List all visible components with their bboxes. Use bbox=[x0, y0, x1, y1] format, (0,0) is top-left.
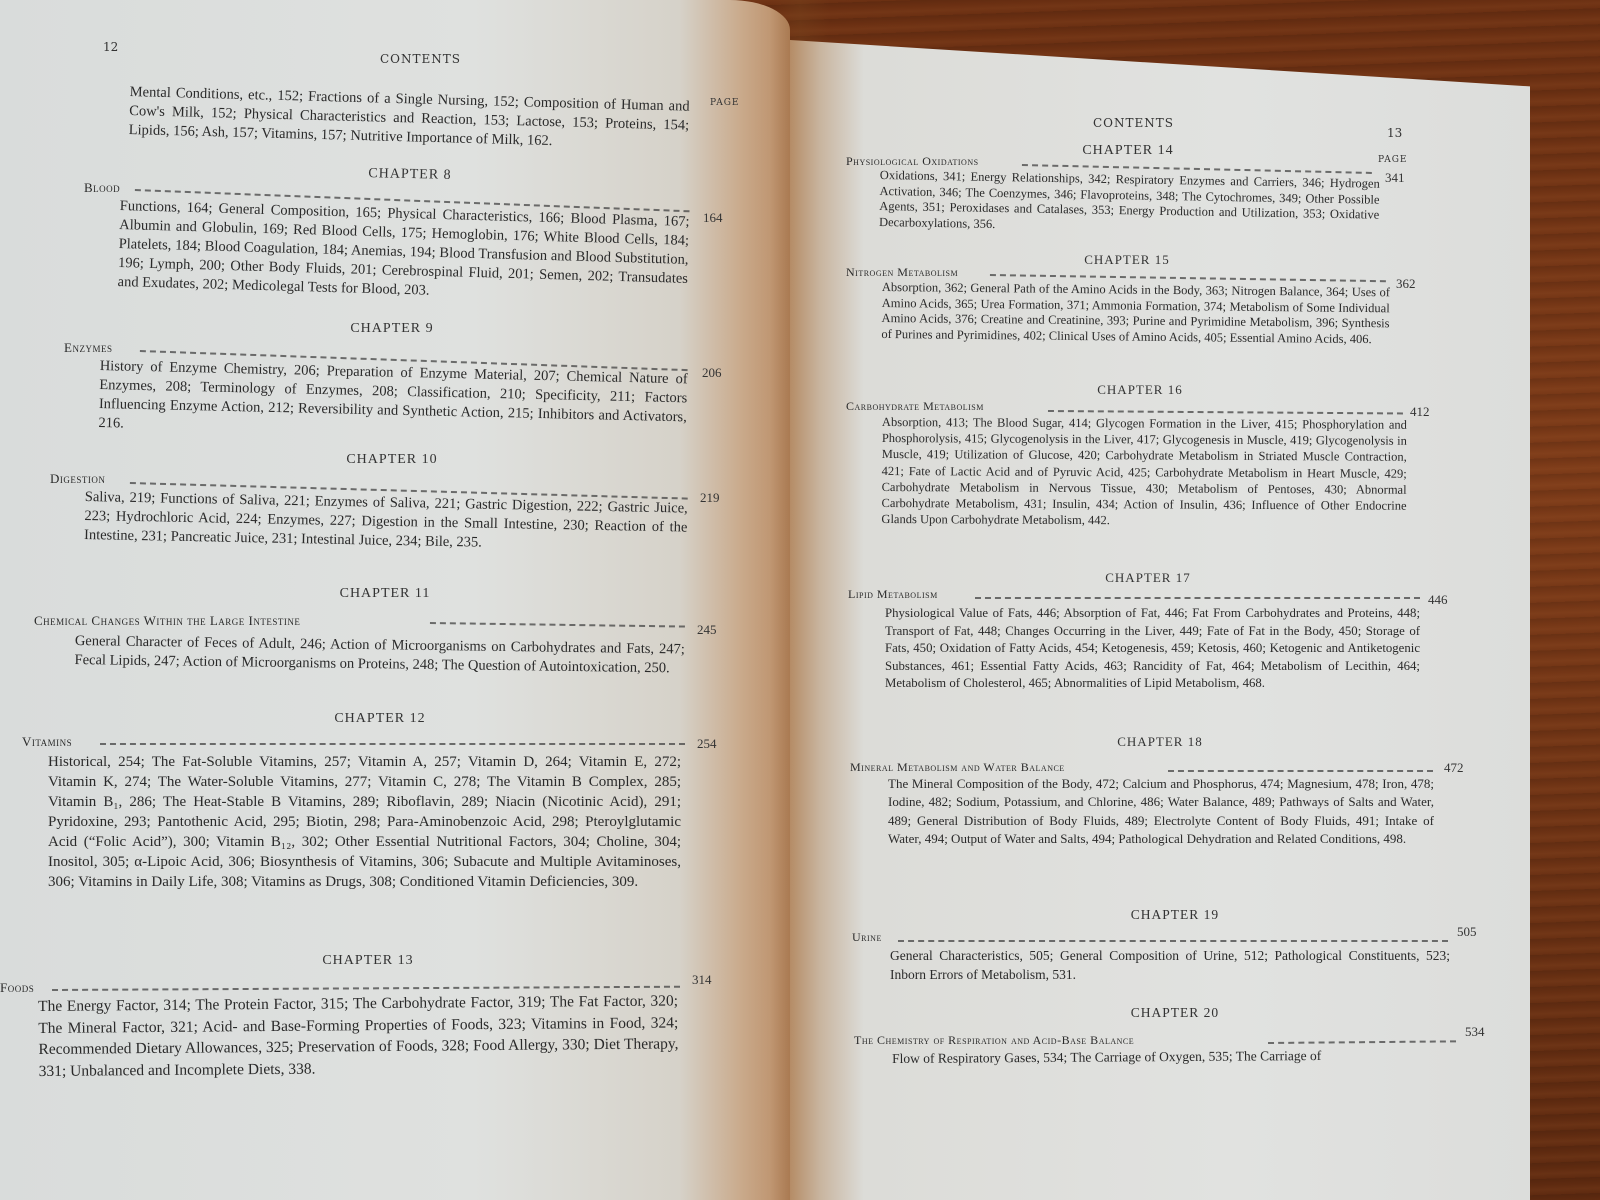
chapter-heading: CHAPTER 17 bbox=[1048, 570, 1248, 586]
chapter-page: 412 bbox=[1410, 404, 1430, 420]
chapter-page: 534 bbox=[1465, 1024, 1485, 1040]
chapter-heading: CHAPTER 19 bbox=[1075, 907, 1275, 923]
dot-leader bbox=[430, 620, 685, 628]
left-running-head: CONTENTS bbox=[380, 52, 461, 66]
chapter-page: 505 bbox=[1457, 924, 1477, 940]
chapter-title: Carbohydrate Metabolism bbox=[846, 399, 984, 414]
right-page-label: PAGE bbox=[1378, 155, 1408, 165]
left-page-number: 12 bbox=[103, 40, 118, 54]
dot-leader bbox=[975, 595, 1420, 599]
right-page: CONTENTS 13 PAGE CHAPTER 14 Physiologica… bbox=[790, 40, 1530, 1200]
dot-leader bbox=[990, 272, 1386, 282]
chapter-page: 472 bbox=[1444, 760, 1464, 776]
chapter-page: 164 bbox=[703, 210, 723, 226]
chapter-topics: Functions, 164; General Composition, 165… bbox=[117, 197, 689, 308]
left-page: 12 CONTENTS PAGE Mental Conditions, etc.… bbox=[0, 0, 790, 1200]
chapter-title: Physiological Oxidations bbox=[846, 154, 979, 169]
chapter-page: 362 bbox=[1396, 276, 1416, 292]
chapter-topics: Flow of Respiratory Gases, 534; The Carr… bbox=[892, 1045, 1492, 1068]
chapter-topics: Saliva, 219; Functions of Saliva, 221; E… bbox=[84, 488, 688, 557]
chapter-heading: CHAPTER 9 bbox=[292, 321, 492, 337]
chapter-page: 314 bbox=[692, 972, 712, 988]
chapter-heading: CHAPTER 18 bbox=[1060, 734, 1260, 750]
chapter-title: Foods bbox=[0, 980, 34, 996]
chapter-page: 341 bbox=[1385, 170, 1405, 186]
chapter-page: 254 bbox=[697, 736, 717, 752]
chapter-heading: CHAPTER 10 bbox=[292, 452, 492, 468]
dot-leader bbox=[52, 984, 680, 991]
left-page-label: PAGE bbox=[710, 98, 740, 108]
chapter-page: 245 bbox=[697, 622, 717, 638]
chapter-title: Digestion bbox=[50, 471, 105, 487]
chapter-title: Enzymes bbox=[64, 340, 112, 356]
right-running-head: CONTENTS bbox=[1093, 116, 1174, 130]
chapter-heading: CHAPTER 11 bbox=[285, 586, 485, 602]
chapter-heading: CHAPTER 15 bbox=[1027, 252, 1227, 268]
chapter-topics: The Energy Factor, 314; The Protein Fact… bbox=[38, 990, 679, 1082]
chapter-title: Vitamins bbox=[22, 734, 72, 750]
chapter-title: Chemical Changes Within the Large Intest… bbox=[34, 613, 300, 629]
chapter-topics: Absorption, 362; General Path of the Ami… bbox=[881, 280, 1390, 347]
chapter-heading: CHAPTER 20 bbox=[1075, 1005, 1275, 1021]
chapter-title: Lipid Metabolism bbox=[848, 587, 938, 602]
dot-leader bbox=[100, 741, 685, 745]
chapter-title: Mineral Metabolism and Water Balance bbox=[850, 760, 1065, 775]
chapter-topics: Historical, 254; The Fat-Soluble Vitamin… bbox=[48, 752, 681, 892]
dot-leader bbox=[1048, 408, 1403, 414]
chapter-page: 206 bbox=[702, 365, 722, 381]
chapter-topics: History of Enzyme Chemistry, 206; Prepar… bbox=[98, 357, 688, 446]
continuation-text: Mental Conditions, etc., 152; Fractions … bbox=[129, 83, 690, 155]
chapter-topics: General Character of Feces of Adult, 246… bbox=[74, 632, 684, 679]
chapter-heading: CHAPTER 13 bbox=[268, 953, 468, 969]
chapter-topics: Oxidations, 341; Energy Relationships, 3… bbox=[879, 168, 1380, 239]
chapter-topics: Physiological Value of Fats, 446; Absorp… bbox=[885, 605, 1420, 693]
chapter-title: Blood bbox=[84, 180, 120, 196]
chapter-heading: CHAPTER 8 bbox=[310, 165, 510, 185]
chapter-heading: CHAPTER 14 bbox=[1028, 143, 1228, 159]
chapter-topics: The Mineral Composition of the Body, 472… bbox=[888, 775, 1434, 848]
chapter-page: 446 bbox=[1428, 592, 1448, 608]
dot-leader bbox=[1268, 1038, 1456, 1044]
chapter-title: Urine bbox=[852, 930, 882, 945]
dot-leader bbox=[1168, 768, 1433, 772]
dot-leader bbox=[898, 938, 1448, 942]
right-page-number: 13 bbox=[1387, 126, 1402, 140]
chapter-page: 219 bbox=[700, 490, 720, 506]
chapter-topics: Absorption, 413; The Blood Sugar, 414; G… bbox=[881, 414, 1407, 530]
chapter-heading: CHAPTER 12 bbox=[280, 711, 480, 727]
chapter-title: Nitrogen Metabolism bbox=[846, 265, 958, 280]
chapter-topics: General Characteristics, 505; General Co… bbox=[890, 946, 1450, 984]
chapter-heading: CHAPTER 16 bbox=[1040, 382, 1240, 398]
chapter-title: The Chemistry of Respiration and Acid-Ba… bbox=[854, 1033, 1134, 1048]
